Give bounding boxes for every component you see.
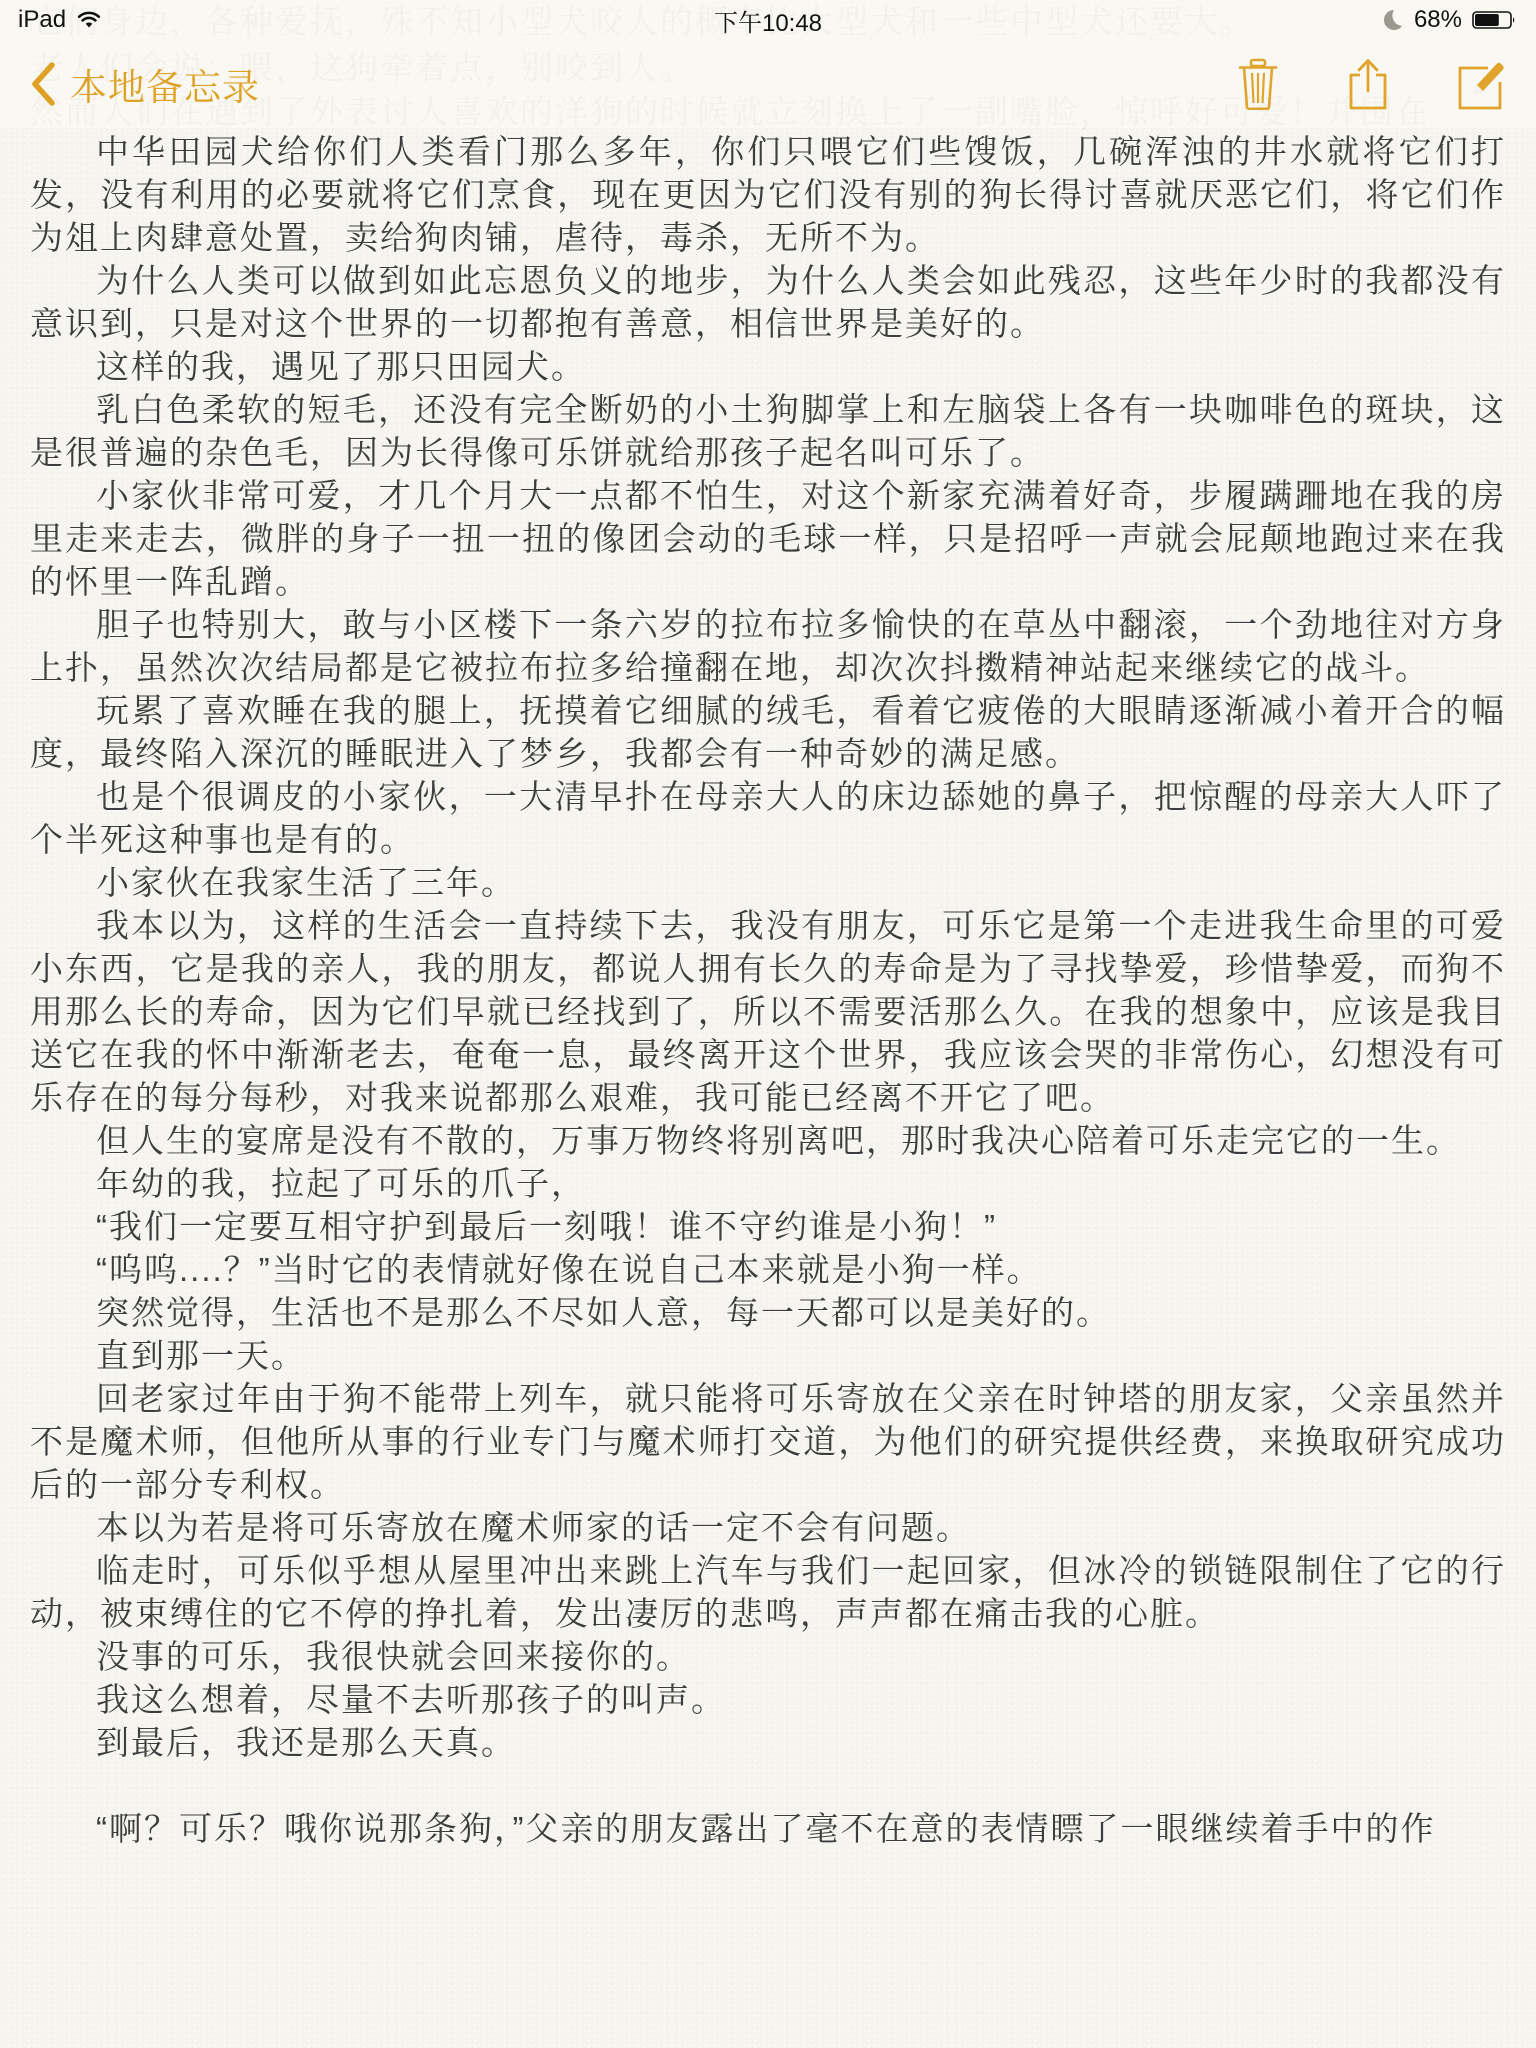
note-paragraph: 我本以为，这样的生活会一直持续下去，我没有朋友，可乐它是第一个走进我生命里的可爱…	[30, 904, 1506, 1119]
note-text-area[interactable]: 中华田园犬给你们人类看门那么多年，你们只喂它们些馊饭，几碗浑浊的井水就将它们打发…	[30, 130, 1506, 1850]
clock-label: 下午10:48	[318, 3, 1218, 38]
note-paragraph: “啊？可乐？哦你说那条狗，”父亲的朋友露出了毫不在意的表情瞟了一眼继续着手中的作	[30, 1807, 1506, 1850]
note-paragraph: 到最后，我还是那么天真。	[30, 1721, 1506, 1764]
note-paragraph: 小家伙在我家生活了三年。	[30, 861, 1506, 904]
note-paragraph: 为什么人类可以做到如此忘恩负义的地步，为什么人类会如此残忍，这些年少时的我都没有…	[30, 259, 1506, 345]
note-paragraph: 我这么想着，尽量不去听那孩子的叫声。	[30, 1678, 1506, 1721]
battery-icon	[1472, 9, 1518, 31]
note-paragraph: 也是个很调皮的小家伙，一大清早扑在母亲大人的床边舔她的鼻子，把惊醒的母亲大人吓了…	[30, 775, 1506, 861]
note-paragraph: 年幼的我，拉起了可乐的爪子，	[30, 1162, 1506, 1205]
nav-actions	[1236, 57, 1506, 111]
note-paragraph: “我们一定要互相守护到最后一刻哦！谁不守约谁是小狗！”	[30, 1205, 1506, 1248]
back-button[interactable]: 本地备忘录	[30, 57, 260, 111]
note-paragraph: 胆子也特别大，敢与小区楼下一条六岁的拉布拉多愉快的在草丛中翻滚，一个劲地往对方身…	[30, 603, 1506, 689]
note-paragraph: 回老家过年由于狗不能带上列车，就只能将可乐寄放在父亲在时钟塔的朋友家，父亲虽然并…	[30, 1377, 1506, 1506]
note-paragraph: 本以为若是将可乐寄放在魔术师家的话一定不会有问题。	[30, 1506, 1506, 1549]
note-paragraph: “呜呜....？”当时它的表情就好像在说自己本来就是小狗一样。	[30, 1248, 1506, 1291]
crescent-moon-icon	[1380, 8, 1404, 32]
note-paragraph: 玩累了喜欢睡在我的腿上，抚摸着它细腻的绒毛，看着它疲倦的大眼睛逐渐减小着开合的幅…	[30, 689, 1506, 775]
note-paragraph: 但人生的宴席是没有不散的，万事万物终将别离吧，那时我决心陪着可乐走完它的一生。	[30, 1119, 1506, 1162]
note-paragraph: 直到那一天。	[30, 1334, 1506, 1377]
nav-bar: 本地备忘录	[0, 40, 1536, 128]
note-paragraph: 中华田园犬给你们人类看门那么多年，你们只喂它们些馊饭，几碗浑浊的井水就将它们打发…	[30, 130, 1506, 259]
status-bar: iPad 下午10:48 68%	[0, 0, 1536, 40]
chevron-left-icon	[30, 62, 56, 106]
carrier-label: iPad	[18, 6, 66, 34]
note-paragraph	[30, 1764, 1506, 1807]
compose-icon[interactable]	[1456, 58, 1506, 110]
note-paragraph: 突然觉得，生活也不是那么不尽如人意，每一天都可以是美好的。	[30, 1291, 1506, 1334]
trash-icon[interactable]	[1236, 58, 1280, 110]
battery-percent-label: 68%	[1414, 6, 1462, 34]
note-paragraph: 小家伙非常可爱，才几个月大一点都不怕生，对这个新家充满着好奇，步履蹒跚地在我的房…	[30, 474, 1506, 603]
notes-app-screen: 老人们会说：喂，这狗牵着点，别咬到人。 然而人们在遇到了外表讨人喜欢的洋狗的时候…	[0, 0, 1536, 2048]
note-paragraph: 没事的可乐，我很快就会回来接你的。	[30, 1635, 1506, 1678]
back-button-label: 本地备忘录	[70, 57, 260, 111]
note-paragraph: 这样的我，遇见了那只田园犬。	[30, 345, 1506, 388]
share-icon[interactable]	[1346, 57, 1390, 111]
wifi-icon	[76, 10, 102, 30]
note-paragraph: 临走时，可乐似乎想从屋里冲出来跳上汽车与我们一起回家，但冰冷的锁链限制住了它的行…	[30, 1549, 1506, 1635]
note-paragraph: 乳白色柔软的短毛，还没有完全断奶的小土狗脚掌上和左脑袋上各有一块咖啡色的斑块，这…	[30, 388, 1506, 474]
